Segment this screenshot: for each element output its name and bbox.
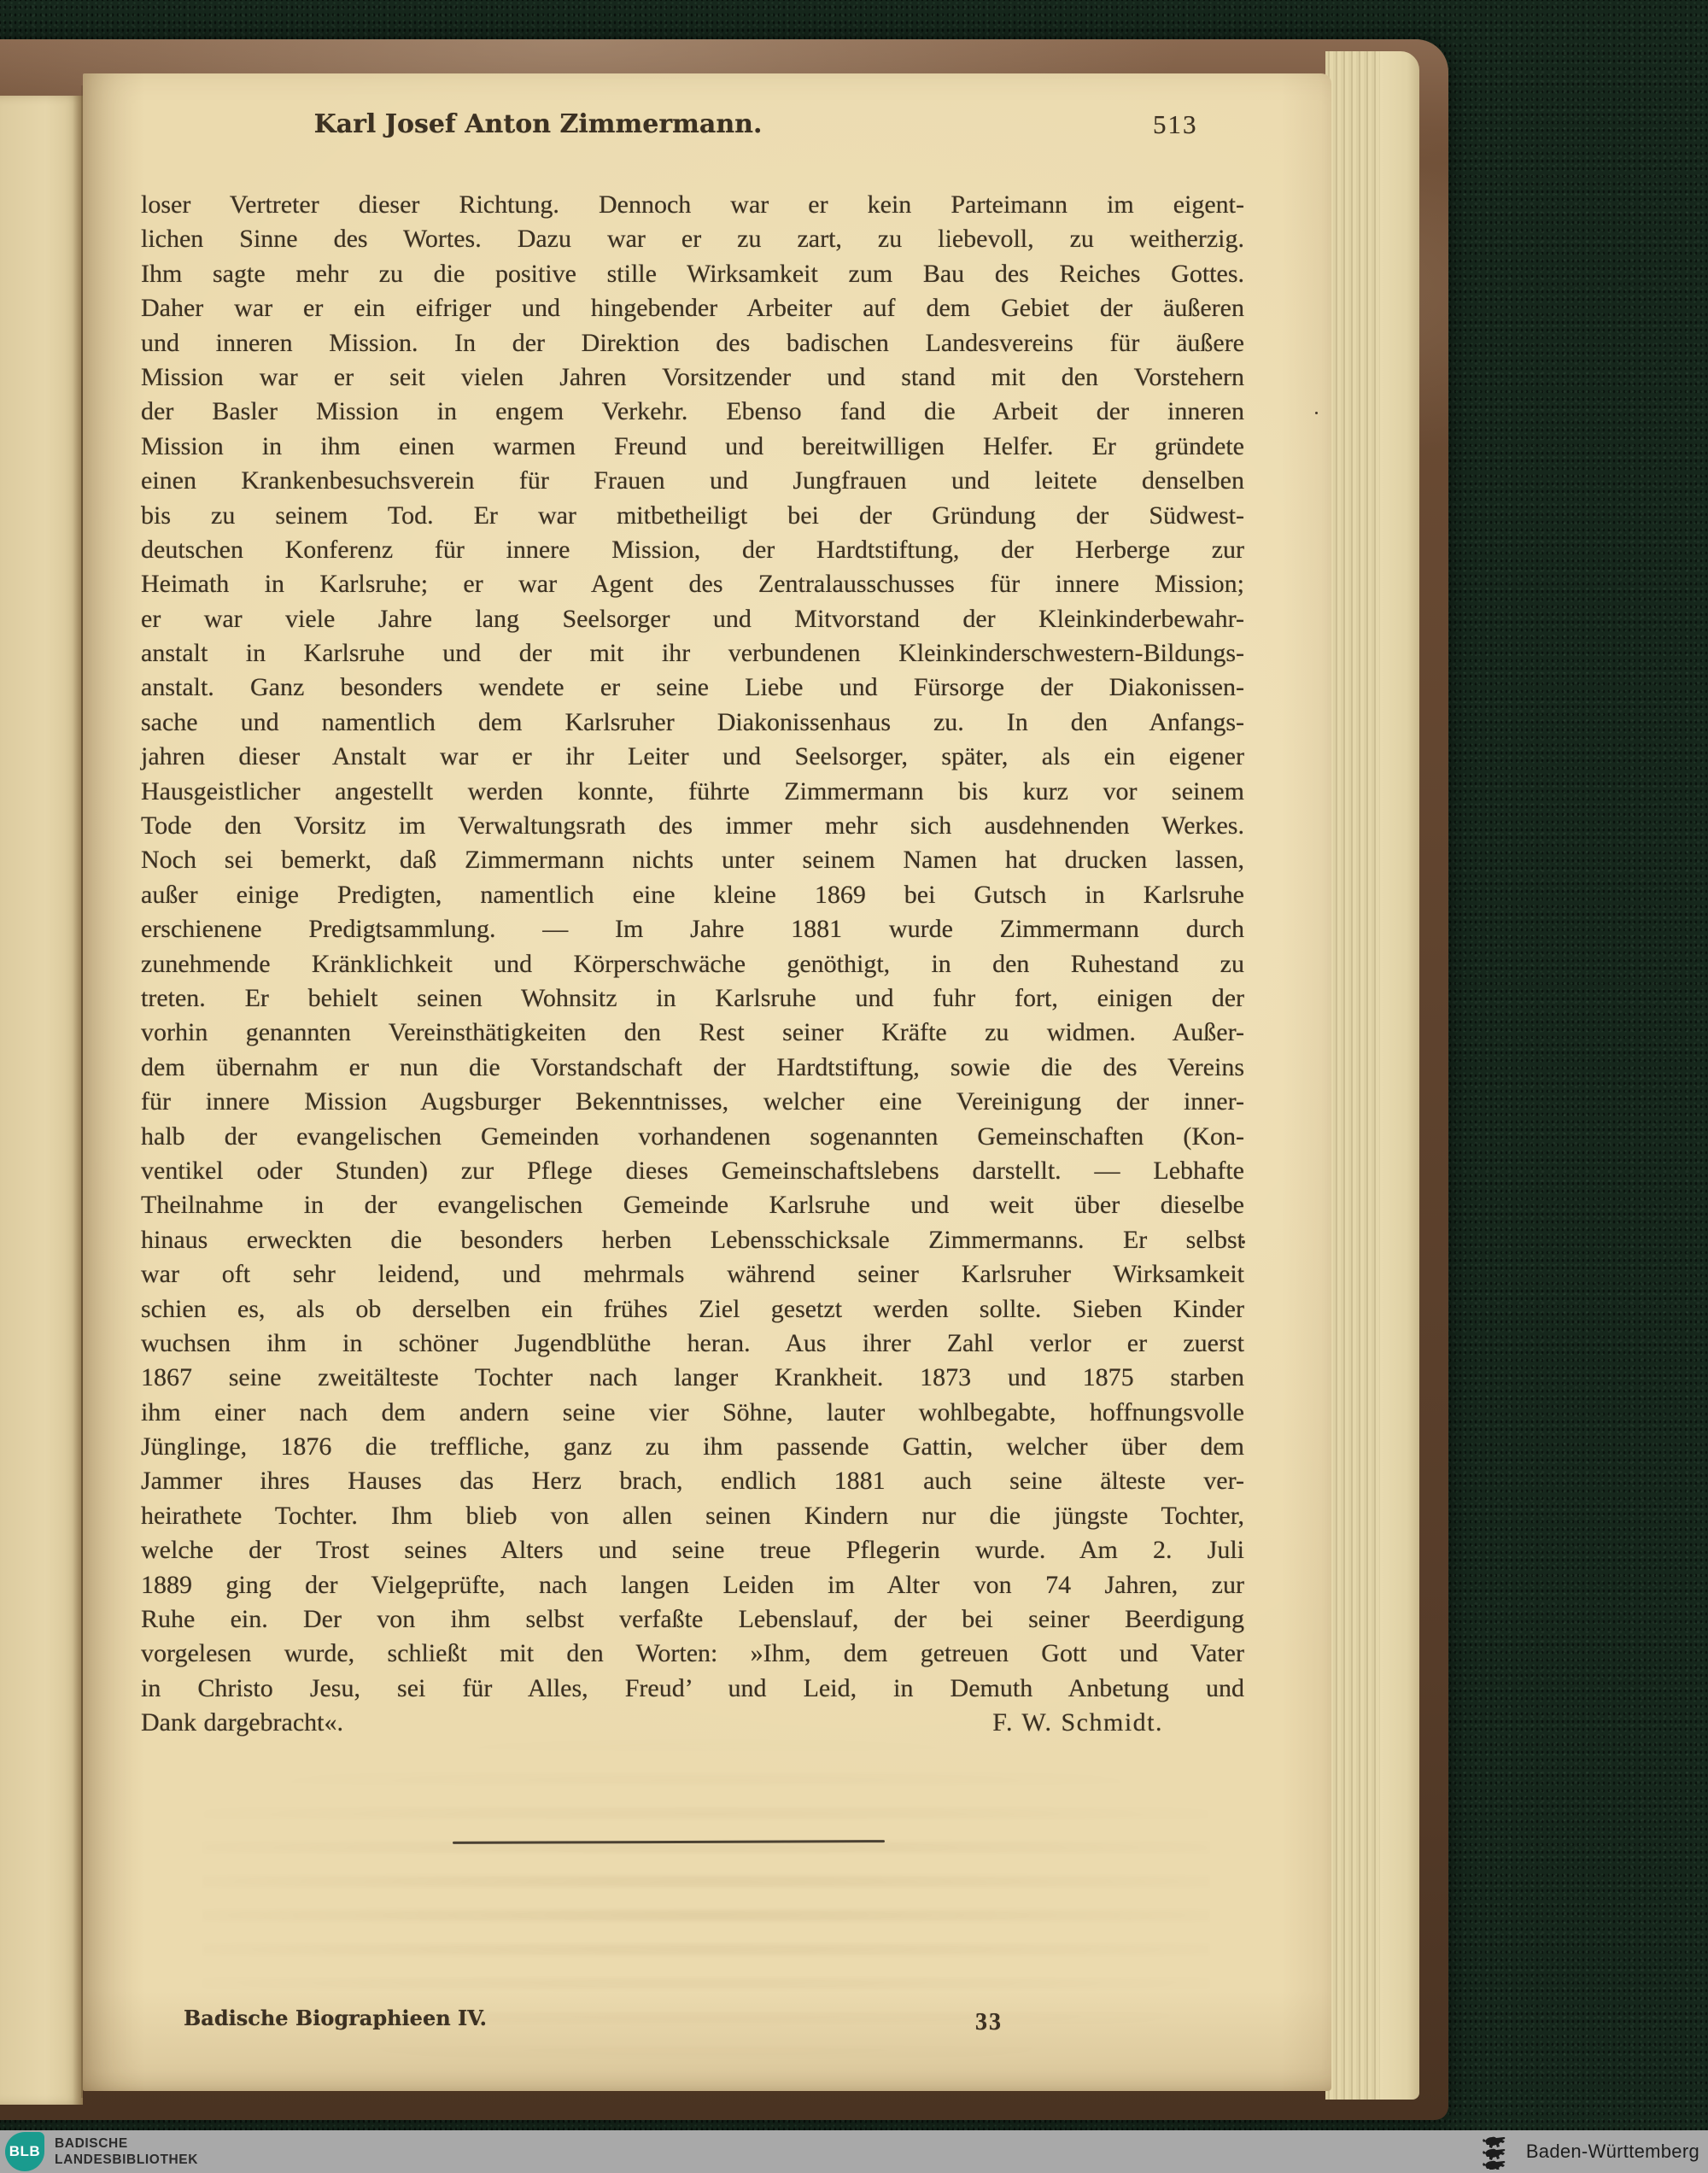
body-line: Noch sei bemerkt, daß Zimmermann nichts … (141, 843, 1244, 877)
body-line: Ihm sagte mehr zu die positive stille Wi… (141, 257, 1244, 291)
body-line: 1867 seine zweitälteste Tochter nach lan… (141, 1361, 1244, 1395)
library-name-line2: LANDESBIBLIOTHEK (55, 2152, 198, 2168)
blb-logo-icon: BLB (5, 2132, 44, 2171)
body-line: schien es, als ob derselben ein frühes Z… (141, 1292, 1244, 1327)
body-line: 1889 ging der Vielgeprüfte, nach langen … (141, 1568, 1244, 1602)
body-line: lichen Sinne des Wortes. Dazu war er zu … (141, 222, 1244, 256)
body-line: war oft sehr leidend, und mehrmals währe… (141, 1257, 1244, 1291)
gutter-fold (0, 96, 83, 2105)
body-line: ventikel oder Stunden) zur Pflege dieses… (141, 1154, 1244, 1188)
baden-wuerttemberg-lions-icon (1482, 2134, 1514, 2170)
footer-sheet-number: 33 (975, 2009, 1003, 2036)
dust-speck (1315, 412, 1318, 414)
library-name: BADISCHE LANDESBIBLIOTHEK (55, 2135, 198, 2168)
body-line: sache und namentlich dem Karlsruher Diak… (141, 706, 1244, 740)
body-line: Heimath in Karlsruhe; er war Agent des Z… (141, 567, 1244, 601)
page-number: 513 (1153, 109, 1198, 140)
footer-series-label: Badische Biographieen IV. (184, 2006, 487, 2030)
body-line: hinaus erweckten die besonders herben Le… (141, 1223, 1244, 1257)
body-line: außer einige Predigten, namentlich eine … (141, 878, 1244, 912)
body-line: in Christo Jesu, sei für Alles, Freud’ u… (141, 1672, 1244, 1706)
body-line: treten. Er behielt seinen Wohnsitz in Ka… (141, 981, 1244, 1016)
author-signature: F. W. Schmidt. (992, 1706, 1163, 1740)
body-line: jahren dieser Anstalt war er ihr Leiter … (141, 740, 1244, 774)
body-line: Tode den Vorsitz im Verwaltungsrath des … (141, 809, 1244, 843)
body-line: ihm einer nach dem andern seine vier Söh… (141, 1396, 1244, 1430)
page-fore-edge (1325, 51, 1419, 2100)
body-line: Mission in ihm einen warmen Freund und b… (141, 430, 1244, 464)
body-line: einen Krankenbesuchsverein für Frauen un… (141, 464, 1244, 498)
page-edge-striations (1325, 51, 1380, 2100)
closing-line: Dank dargebracht«. (141, 1706, 343, 1740)
body-line: halb der evangelischen Gemeinden vorhand… (141, 1120, 1244, 1154)
dust-speck (1242, 1240, 1245, 1244)
body-line: und inneren Mission. In der Direktion de… (141, 326, 1244, 360)
state-branding: Baden-Württemberg (1482, 2134, 1708, 2170)
body-line: deutschen Konferenz für innere Mission, … (141, 533, 1244, 567)
watermark-bar: BLB BADISCHE LANDESBIBLIOTHEK (0, 2130, 1708, 2173)
body-line: welche der Trost seines Alters und seine… (141, 1533, 1244, 1567)
body-line: zunehmende Kränklichkeit und Körperschwä… (141, 947, 1244, 981)
body-line: Jünglinge, 1876 die treffliche, ganz zu … (141, 1430, 1244, 1464)
library-name-line1: BADISCHE (55, 2135, 198, 2152)
body-line: für innere Mission Augsburger Bekenntnis… (141, 1085, 1244, 1119)
page-edge-highlight (1380, 51, 1419, 2100)
body-line: bis zu seinem Tod. Er war mitbetheiligt … (141, 499, 1244, 533)
body-line: wuchsen ihm in schöner Jugendblüthe hera… (141, 1327, 1244, 1361)
body-line: heirathete Tochter. Ihm blieb von allen … (141, 1499, 1244, 1533)
body-text: loser Vertreter dieser Richtung. Dennoch… (141, 188, 1244, 1741)
running-head-title: Karl Josef Anton Zimmermann. (314, 109, 763, 139)
body-line: er war viele Jahre lang Seelsorger und M… (141, 602, 1244, 636)
body-line: Daher war er ein eifriger und hingebende… (141, 291, 1244, 325)
body-line: Theilnahme in der evangelischen Gemeinde… (141, 1188, 1244, 1222)
body-line: anstalt. Ganz besonders wendete er seine… (141, 671, 1244, 705)
state-label: Baden-Württemberg (1526, 2141, 1699, 2163)
body-line: Jammer ihres Hauses das Herz brach, endl… (141, 1464, 1244, 1498)
body-line: Mission war er seit vielen Jahren Vorsit… (141, 360, 1244, 395)
body-line: der Basler Mission in engem Verkehr. Ebe… (141, 395, 1244, 429)
body-line: vorhin genannten Vereinsthätigkeiten den… (141, 1016, 1244, 1050)
body-line: anstalt in Karlsruhe und der mit ihr ver… (141, 636, 1244, 671)
body-line: vorgelesen wurde, schließt mit den Worte… (141, 1637, 1244, 1671)
body-line: loser Vertreter dieser Richtung. Dennoch… (141, 188, 1244, 222)
body-line: erschienene Predigtsammlung. — Im Jahre … (141, 912, 1244, 946)
body-line: dem übernahm er nun die Vorstandschaft d… (141, 1051, 1244, 1085)
library-branding: BLB BADISCHE LANDESBIBLIOTHEK (0, 2132, 198, 2171)
body-line: Hausgeistlicher angestellt werden konnte… (141, 775, 1244, 809)
body-line: Ruhe ein. Der von ihm selbst verfaßte Le… (141, 1602, 1244, 1637)
